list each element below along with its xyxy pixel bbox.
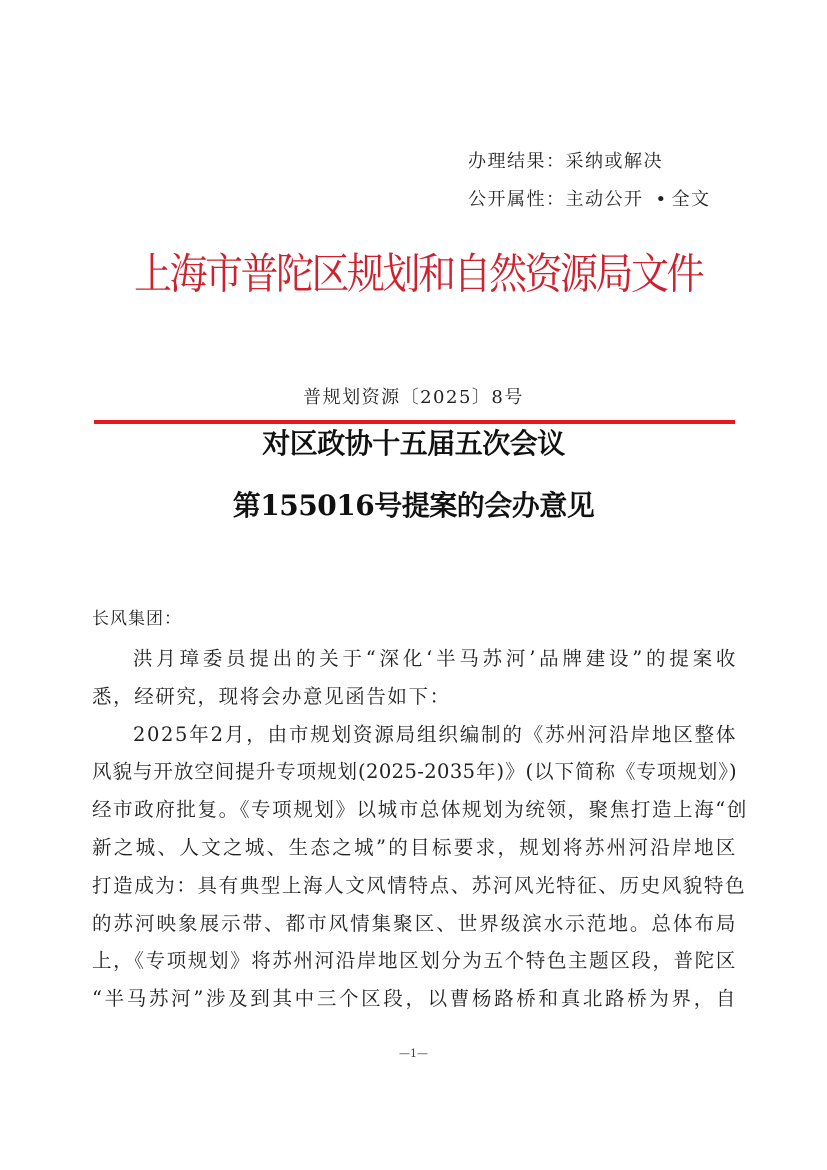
disclosure-label: 公开属性： (468, 189, 566, 210)
handling-result-label: 办理结果： (468, 151, 566, 172)
body-line: 洪月璋委员提出的关于“深化‘半马苏河’品牌建设”的提案收 (92, 640, 737, 678)
salutation: 长风集团： (92, 605, 182, 633)
red-divider-rule (94, 420, 735, 424)
body-line: 上，《专项规划》将苏州河沿岸地区划分为五个特色主题区段，普陀区 (92, 942, 737, 980)
body-line: 的苏河映象展示带、都市风情集聚区、世界级滨水示范地。总体布局 (92, 905, 737, 943)
disclosure-line: 公开属性：主动公开•全文 (468, 181, 711, 219)
handling-result-value: 采纳或解决 (566, 151, 664, 172)
page-number: —1— (0, 1046, 827, 1062)
handling-result-line: 办理结果：采纳或解决 (468, 143, 711, 181)
body-line: 悉，经研究，现将会办意见函告如下： (92, 678, 737, 716)
body-text: 洪月璋委员提出的关于“深化‘半马苏河’品牌建设”的提案收 悉，经研究，现将会办意… (92, 640, 737, 1018)
body-line: 打造成为：具有典型上海人文风情特点、苏河风光特征、历史风貌特色 (92, 867, 737, 905)
document-page: 办理结果：采纳或解决 公开属性：主动公开•全文 上海市普陀区规划和自然资源局文件… (0, 0, 827, 1170)
issuer-title: 上海市普陀区规划和自然资源局文件 (92, 240, 744, 307)
document-metadata: 办理结果：采纳或解决 公开属性：主动公开•全文 (468, 143, 711, 219)
document-title-line-1: 对区政协十五届五次会议 (0, 425, 827, 463)
disclosure-value: 主动公开 (566, 189, 644, 210)
bullet-separator-icon: • (656, 189, 668, 210)
body-line: 风貌与开放空间提升专项规划(2025-2035年)》(以下简称《专项规划》) (92, 753, 737, 791)
document-number: 普规划资源〔2025〕8号 (0, 384, 827, 412)
body-line: 新之城、人文之城、生态之城”的目标要求，规划将苏州河沿岸地区 (92, 829, 737, 867)
body-line: “半马苏河”涉及到其中三个区段，以曹杨路桥和真北路桥为界，自 (92, 980, 737, 1018)
document-title-line-2: 第155016号提案的会办意见 (0, 487, 827, 525)
body-line: 2025年2月，由市规划资源局组织编制的《苏州河沿岸地区整体 (92, 716, 737, 754)
body-line: 经市政府批复。《专项规划》以城市总体规划为统领，聚焦打造上海“创 (92, 791, 737, 829)
disclosure-scope: 全文 (672, 189, 711, 210)
